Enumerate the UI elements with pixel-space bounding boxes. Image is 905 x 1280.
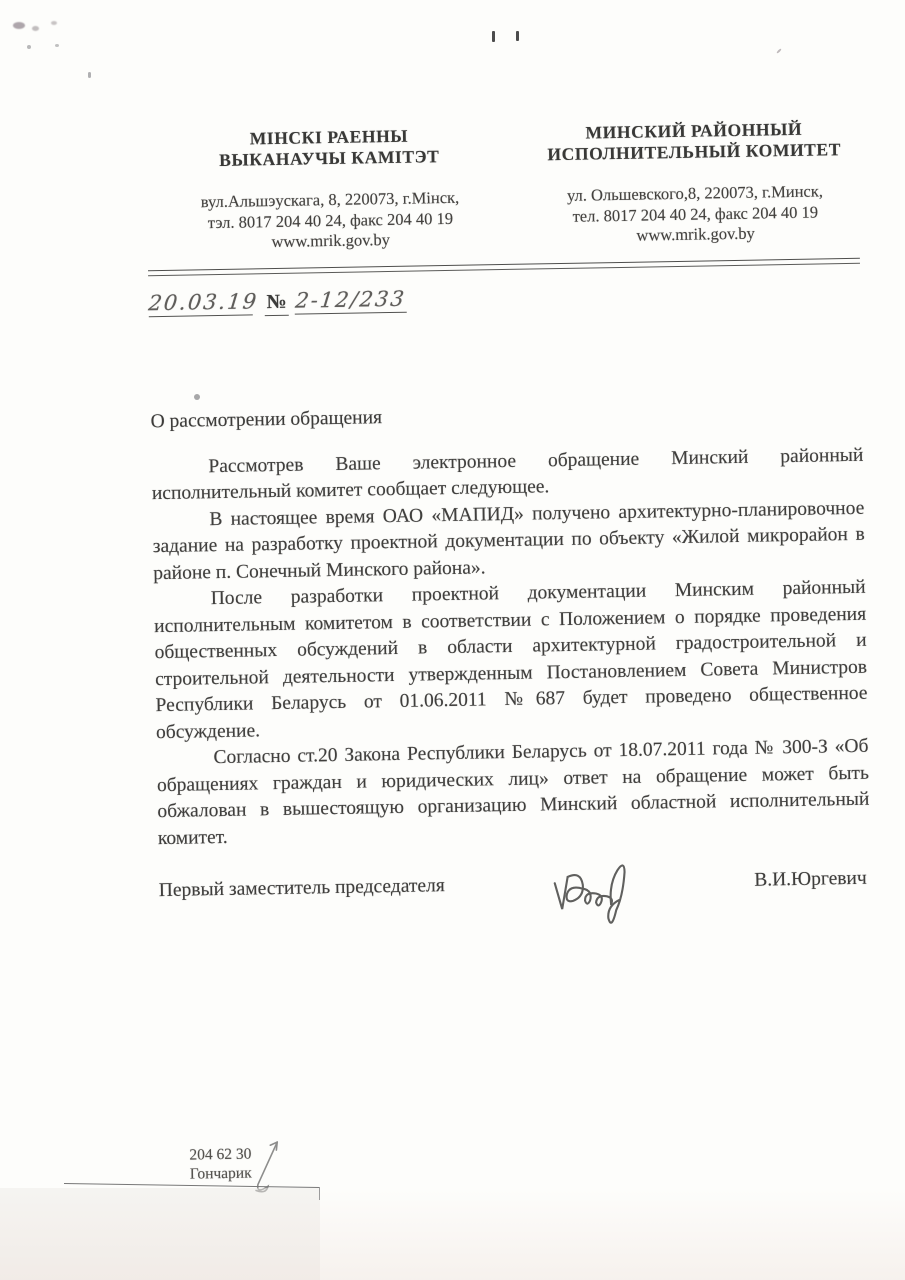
- date-field: 20.03.19: [148, 289, 252, 317]
- scan-speck: [27, 45, 31, 49]
- executor-block: 204 62 30 Гончарик: [189, 1145, 252, 1184]
- paragraph: После разработки проектной документации …: [154, 575, 869, 746]
- executor-phone: 204 62 30: [189, 1145, 251, 1165]
- letter-body: Рассмотрев Ваше электронное обращение Ми…: [151, 442, 870, 852]
- org-address-belarusian: вул.Альшэускага, 8, 220073, г.Мінск, тэл…: [147, 187, 514, 255]
- handwritten-number: 2-12/233: [294, 286, 407, 312]
- subject-line: О рассмотрении обращения: [150, 398, 862, 432]
- number-field: 2-12/233: [294, 286, 406, 314]
- executor-name: Гончарик: [190, 1164, 252, 1184]
- org-title-belarusian: МІНСКІ РАЕННЫ ВЫКАНАУЧЫ КАМІТЭТ: [146, 124, 513, 172]
- letterhead-russian: МИНСКИЙ РАЙОННЫЙ ИСПОЛНИТЕЛЬНЫЙ КОМИТЕТ …: [530, 118, 860, 248]
- signer-name: В.И.Юргевич: [754, 868, 871, 892]
- letter-sheet: МІНСКІ РАЕННЫ ВЫКАНАУЧЫ КАМІТЭТ вул.Альш…: [145, 104, 877, 1256]
- scan-speck: [51, 21, 57, 25]
- paragraph: В настоящее время ОАО «МАПИД» получено а…: [152, 495, 865, 587]
- registration-tick-mark: [492, 31, 495, 42]
- scan-speck: [776, 48, 782, 54]
- signer-position: Первый заместитель председателя: [159, 875, 445, 902]
- signature-handwriting-icon: [544, 855, 655, 935]
- scan-speck: [32, 26, 39, 31]
- handwritten-date: 20.03.19: [147, 289, 259, 315]
- org-title-russian: МИНСКИЙ РАЙОННЫЙ ИСПОЛНИТЕЛЬНЫЙ КОМИТЕТ: [530, 118, 858, 166]
- underlying-page-corner: [319, 1187, 320, 1200]
- letterhead-belarusian: МІНСКІ РАЕННЫ ВЫКАНАУЧЫ КАМІТЭТ вул.Альш…: [146, 124, 533, 255]
- registration-tick-mark: [516, 31, 519, 41]
- org-address-russian: ул. Ольшевского,8, 220073, г.Минск, тел.…: [531, 181, 860, 248]
- scan-speck: [55, 44, 59, 47]
- scan-speck: [88, 72, 91, 78]
- scanned-letter-page: МІНСКІ РАЕННЫ ВЫКАНАУЧЫ КАМІТЭТ вул.Альш…: [0, 0, 905, 1280]
- paragraph: Согласно ст.20 Закона Республики Беларус…: [156, 734, 870, 852]
- org-title-line: ИСПОЛНИТЕЛЬНЫЙ КОМИТЕТ: [530, 139, 858, 166]
- letterhead-divider-line: [148, 257, 860, 275]
- scan-speck: [13, 22, 25, 29]
- signature-block: Первый заместитель председателя В.И.Юрге…: [159, 868, 872, 952]
- letterhead: МІНСКІ РАЕННЫ ВЫКАНАУЧЫ КАМІТЭТ вул.Альш…: [146, 118, 860, 255]
- number-sign: №: [264, 290, 289, 315]
- underlying-page: [0, 1188, 320, 1280]
- reference-line: 20.03.19№2-12/233: [148, 278, 861, 326]
